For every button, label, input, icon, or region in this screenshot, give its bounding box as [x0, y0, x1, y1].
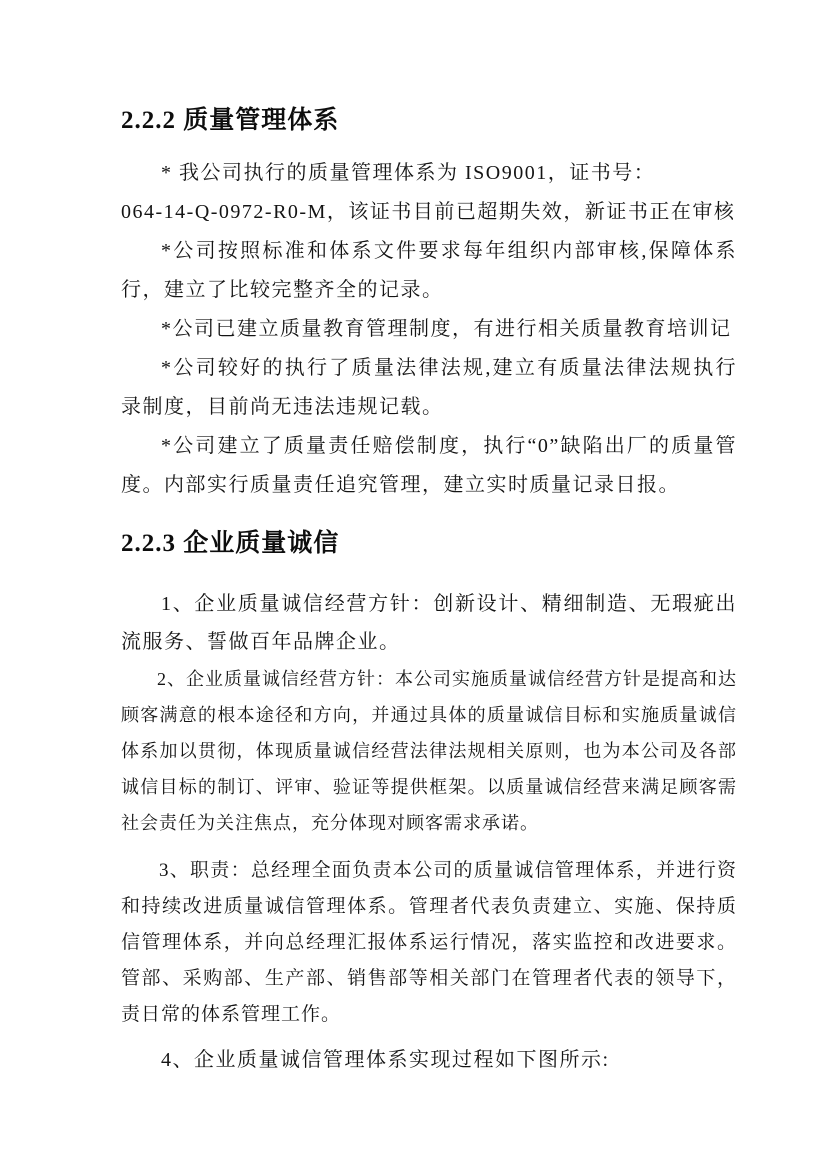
paragraph: 2、企业质量诚信经营方针：本公司实施质量诚信经营方针是提高和达到 顾客满意的根本…	[121, 661, 737, 841]
section-heading-2-2-3: 2.2.3 企业质量诚信	[121, 527, 737, 561]
text-line: *公司已建立质量教育管理制度，有进行相关质量教育培训记录。	[121, 310, 737, 349]
text-line: 信管理体系，并向总经理汇报体系运行情况，落实监控和改进要求。企	[121, 925, 737, 961]
text-line: 行，建立了比较完整齐全的记录。	[121, 271, 737, 310]
text-line: 度。内部实行质量责任追究管理，建立实时质量记录日报。	[121, 466, 737, 505]
text-line: 诚信目标的制订、评审、验证等提供框架。以质量诚信经营来满足顾客需求和	[121, 769, 737, 805]
text-line: 2、企业质量诚信经营方针：本公司实施质量诚信经营方针是提高和达到	[121, 661, 737, 697]
paragraph: * 我公司执行的质量管理体系为 ISO9001，证书号： 064-14-Q-09…	[121, 154, 737, 232]
paragraph: 3、职责：总经理全面负责本公司的质量诚信管理体系，并进行资源配置 和持续改进质量…	[121, 853, 737, 1033]
text-line: 流服务、誓做百年品牌企业。	[121, 623, 737, 661]
paragraph: 4、企业质量诚信管理体系实现过程如下图所示:	[121, 1041, 737, 1080]
text-line: *公司较好的执行了质量法律法规,建立有质量法律法规执行情况记	[121, 349, 737, 388]
section-2-2-2-body: * 我公司执行的质量管理体系为 ISO9001，证书号： 064-14-Q-09…	[121, 154, 737, 505]
paragraph: *公司建立了质量责任赔偿制度，执行“0”缺陷出厂的质量管理制 度。内部实行质量责…	[121, 427, 737, 505]
text-line: 1、企业质量诚信经营方针：创新设计、精细制造、无瑕疵出厂、一	[121, 585, 737, 623]
section-2-2-3-body: 1、企业质量诚信经营方针：创新设计、精细制造、无瑕疵出厂、一 流服务、誓做百年品…	[121, 585, 737, 1080]
text-line: *公司建立了质量责任赔偿制度，执行“0”缺陷出厂的质量管理制	[121, 427, 737, 466]
text-line: 和持续改进质量诚信管理体系。管理者代表负责建立、实施、保持质量诚	[121, 889, 737, 925]
text-line: 3、职责：总经理全面负责本公司的质量诚信管理体系，并进行资源配置	[121, 853, 737, 889]
paragraph: *公司已建立质量教育管理制度，有进行相关质量教育培训记录。	[121, 310, 737, 349]
document-page: 2.2.2 质量管理体系 * 我公司执行的质量管理体系为 ISO9001，证书号…	[0, 0, 827, 1169]
paragraph: 1、企业质量诚信经营方针：创新设计、精细制造、无瑕疵出厂、一 流服务、誓做百年品…	[121, 585, 737, 661]
text-line: *公司按照标准和体系文件要求每年组织内部审核,保障体系有效运	[121, 232, 737, 271]
text-line: 社会责任为关注焦点，充分体现对顾客需求承诺。	[121, 805, 737, 841]
paragraph: *公司较好的执行了质量法律法规,建立有质量法律法规执行情况记 录制度，目前尚无违…	[121, 349, 737, 427]
text-line: 录制度，目前尚无违法违规记载。	[121, 388, 737, 427]
text-line: * 我公司执行的质量管理体系为 ISO9001，证书号：	[121, 154, 737, 193]
document-content: 2.2.2 质量管理体系 * 我公司执行的质量管理体系为 ISO9001，证书号…	[121, 104, 737, 1080]
paragraph: *公司按照标准和体系文件要求每年组织内部审核,保障体系有效运 行，建立了比较完整…	[121, 232, 737, 310]
text-line: 责日常的体系管理工作。	[121, 997, 737, 1033]
text-line: 体系加以贯彻，体现质量诚信经营法律法规相关原则，也为本公司及各部门质量	[121, 733, 737, 769]
text-line: 4、企业质量诚信管理体系实现过程如下图所示:	[121, 1041, 737, 1080]
section-heading-2-2-2: 2.2.2 质量管理体系	[121, 104, 737, 138]
text-line: 顾客满意的根本途径和方向，并通过具体的质量诚信目标和实施质量诚信管理	[121, 697, 737, 733]
text-line: 064-14-Q-0972-R0-M，该证书目前已超期失效，新证书正在审核认证。	[121, 193, 737, 232]
text-line: 管部、采购部、生产部、销售部等相关部门在管理者代表的领导下，负	[121, 961, 737, 997]
